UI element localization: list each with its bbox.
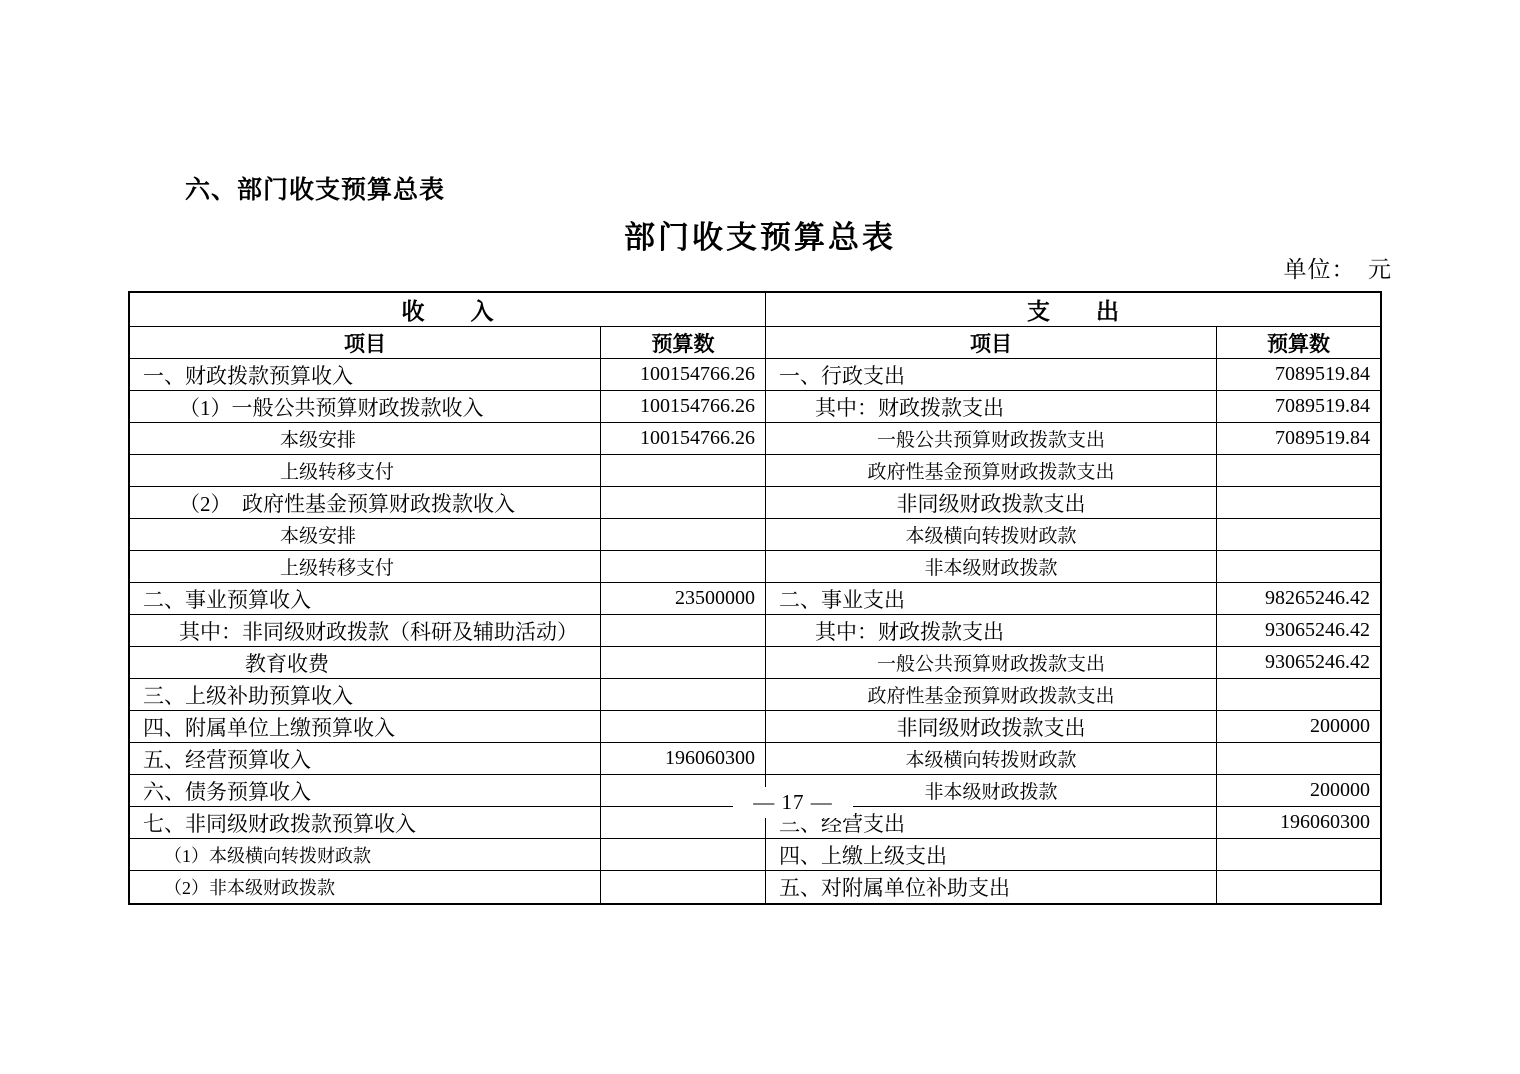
expense-amount-cell: 93065246.42 [1217,647,1380,679]
income-item-cell: （1）本级横向转拨财政款 [130,839,601,871]
expense-item-cell: 其中：财政拨款支出 [766,391,1217,423]
expense-item-cell: 四、上缴上级支出 [766,839,1217,871]
expense-amount-cell: 7089519.84 [1217,359,1380,391]
income-item-cell: 一、财政拨款预算收入 [130,359,601,391]
expense-item-cell: 本级横向转拨财政款 [766,743,1217,775]
expense-amount-cell [1217,871,1380,903]
income-item-cell: 其中：非同级财政拨款（科研及辅助活动） [130,615,601,647]
expense-item-cell: 一、行政支出 [766,359,1217,391]
expense-amount-cell [1217,519,1380,551]
expense-item-cell: 本级横向转拨财政款 [766,519,1217,551]
expense-item-cell: 政府性基金预算财政拨款支出 [766,679,1217,711]
expense-item-cell: 二、事业支出 [766,583,1217,615]
income-item-cell: 四、附属单位上缴预算收入 [130,711,601,743]
expense-item-cell: 非同级财政拨款支出 [766,711,1217,743]
expense-amount-cell: 200000 [1217,775,1380,807]
expense-item-column-header: 项目 [766,327,1217,359]
income-amount-cell: 100154766.26 [601,359,766,391]
income-amount-cell [601,647,766,679]
income-amount-cell [601,839,766,871]
income-item-cell: 本级安排 [130,519,601,551]
document-page: 六、部门收支预算总表 部门收支预算总表 单位： 元 收 入 支 出 项目 预算数… [0,0,1520,1074]
expense-amount-cell: 98265246.42 [1217,583,1380,615]
section-heading: 六、部门收支预算总表 [185,170,445,206]
expense-amount-cell: 7089519.84 [1217,423,1380,455]
income-amount-cell: 100154766.26 [601,423,766,455]
expense-amount-cell: 200000 [1217,711,1380,743]
expense-item-cell: 非本级财政拨款 [766,551,1217,583]
expense-amount-cell [1217,839,1380,871]
income-amount-cell: 23500000 [601,583,766,615]
expense-item-cell: 一般公共预算财政拨款支出 [766,423,1217,455]
expense-amount-cell [1217,455,1380,487]
income-item-cell: （2） 政府性基金预算财政拨款收入 [130,487,601,519]
income-amount-cell [601,871,766,903]
expense-amount-cell: 93065246.42 [1217,615,1380,647]
income-item-column-header: 项目 [130,327,601,359]
income-amount-cell [601,519,766,551]
expense-item-cell: 其中：财政拨款支出 [766,615,1217,647]
income-amount-cell [601,615,766,647]
income-amount-column-header: 预算数 [601,327,766,359]
income-item-cell: 六、债务预算收入 [130,775,601,807]
expense-amount-cell [1217,679,1380,711]
income-item-cell: 本级安排 [130,423,601,455]
income-item-cell: 教育收费 [130,647,601,679]
income-amount-cell [601,487,766,519]
expense-amount-cell [1217,551,1380,583]
expense-amount-cell [1217,743,1380,775]
expense-item-cell: 五、对附属单位补助支出 [766,871,1217,903]
income-item-cell: 二、事业预算收入 [130,583,601,615]
income-item-cell: 七、非同级财政拨款预算收入 [130,807,601,839]
page-number: — 17 — [733,787,853,818]
income-item-cell: 五、经营预算收入 [130,743,601,775]
income-item-cell: 上级转移支付 [130,455,601,487]
income-amount-cell [601,711,766,743]
income-amount-cell: 196060300 [601,743,766,775]
expense-amount-cell: 196060300 [1217,807,1380,839]
expense-amount-cell: 7089519.84 [1217,391,1380,423]
income-item-cell: 三、上级补助预算收入 [130,679,601,711]
unit-label: 单位： 元 [1284,251,1393,284]
income-section-header: 收 入 [130,293,766,327]
expense-amount-cell [1217,487,1380,519]
income-item-cell: （1）一般公共预算财政拨款收入 [130,391,601,423]
income-amount-cell: 100154766.26 [601,391,766,423]
income-item-cell: （2）非本级财政拨款 [130,871,601,903]
income-amount-cell [601,455,766,487]
income-amount-cell [601,551,766,583]
expense-item-cell: 政府性基金预算财政拨款支出 [766,455,1217,487]
expense-section-header: 支 出 [766,293,1380,327]
expense-item-cell: 一般公共预算财政拨款支出 [766,647,1217,679]
expense-amount-column-header: 预算数 [1217,327,1380,359]
income-amount-cell [601,679,766,711]
income-item-cell: 上级转移支付 [130,551,601,583]
expense-item-cell: 非同级财政拨款支出 [766,487,1217,519]
